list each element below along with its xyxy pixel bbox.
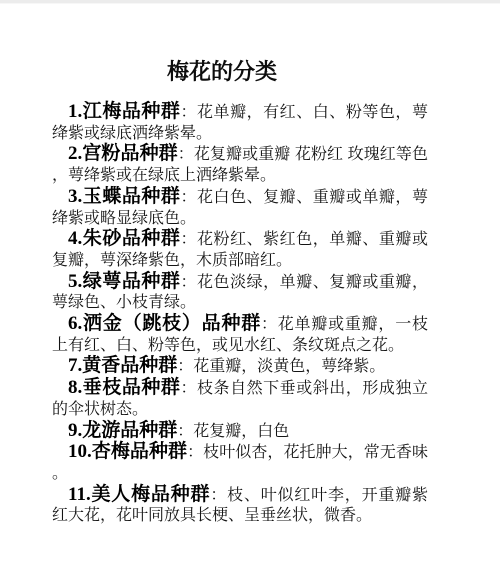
item-lead: 11.美人梅品种群 <box>68 484 210 505</box>
list-item: 11.美人梅品种群：枝、叶似红叶李，开重瓣紫红大花，花叶同放具长梗、呈垂丝状，微… <box>52 485 428 527</box>
list-item: 1.江梅品种群：花单瓣，有红、白、粉等色，萼绛紫或绿底洒绛紫晕。 <box>52 102 428 144</box>
item-lead: 9.龙游品种群 <box>68 420 177 441</box>
item-desc: ：花重瓣，淡黄色，萼绛紫。 <box>177 358 385 375</box>
list-item: 5.绿萼品种群：花色淡绿，单瓣、复瓣或重瓣，萼绿色、小枝青绿。 <box>52 272 428 314</box>
item-lead: 5.绿萼品种群 <box>68 271 180 292</box>
item-desc: ：花复瓣，白色 <box>177 423 289 440</box>
list-item: 4.朱砂品种群：花粉红、紫红色，单瓣、重瓣或复瓣，萼深绛紫色，木质部暗红。 <box>52 229 428 271</box>
item-lead: 1.江梅品种群 <box>68 101 180 122</box>
item-lead: 8.垂枝品种群 <box>68 377 180 398</box>
classification-list: 1.江梅品种群：花单瓣，有红、白、粉等色，萼绛紫或绿底洒绛紫晕。2.宫粉品种群：… <box>52 102 428 527</box>
list-item: 8.垂枝品种群：枝条自然下垂或斜出，形成独立的伞状树态。 <box>52 378 428 420</box>
top-border-bar <box>0 0 500 4</box>
page-title: 梅花的分类 <box>0 59 472 85</box>
item-lead: 6.洒金（跳枝）品种群 <box>68 313 261 334</box>
list-item: 3.玉蝶品种群：花白色、复瓣、重瓣或单瓣，萼绛紫或略显绿底色。 <box>52 187 428 229</box>
item-lead: 3.玉蝶品种群 <box>68 186 180 207</box>
list-item: 2.宫粉品种群：花复瓣或重瓣 花粉红 玫瑰红等色，萼绛紫或在绿底上洒绛紫晕。 <box>52 144 428 186</box>
item-lead: 7.黄香品种群 <box>68 355 177 376</box>
list-item: 7.黄香品种群：花重瓣，淡黄色，萼绛紫。 <box>52 356 428 378</box>
list-item: 9.龙游品种群：花复瓣，白色 <box>52 421 428 443</box>
item-lead: 4.朱砂品种群 <box>68 228 180 249</box>
item-lead: 10.杏梅品种群 <box>68 441 187 462</box>
list-item: 6.洒金（跳枝）品种群：花单瓣或重瓣，一枝上有红、白、粉等色，或见水红、条纹斑点… <box>52 314 428 356</box>
list-item: 10.杏梅品种群：枝叶似杏，花托肿大，常无香味。 <box>52 442 428 484</box>
item-lead: 2.宫粉品种群 <box>68 143 178 164</box>
